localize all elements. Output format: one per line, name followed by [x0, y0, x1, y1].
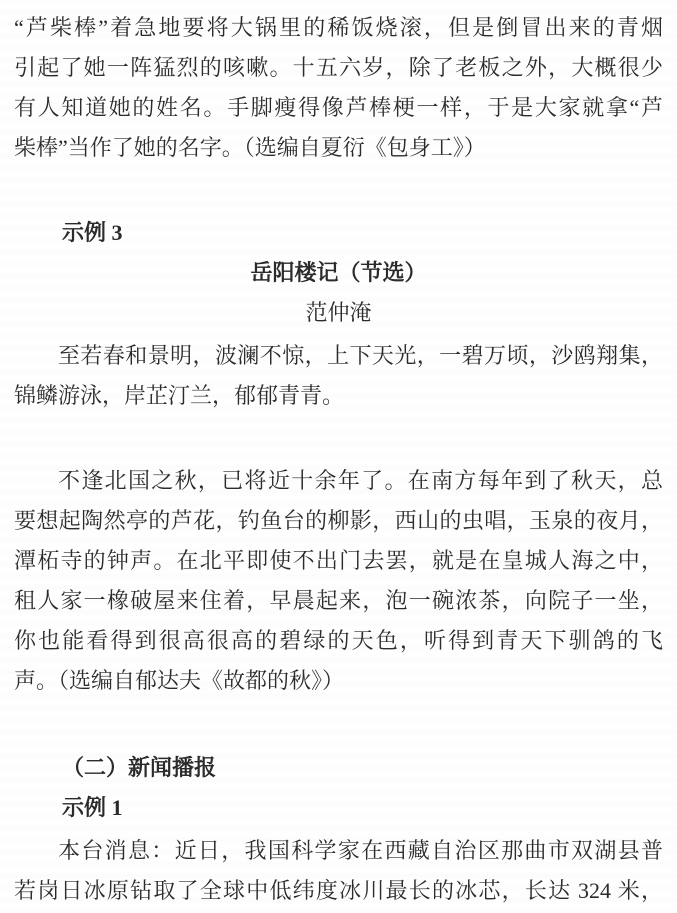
title-yueyanglouji: 岳阳楼记（节选） [14, 253, 663, 293]
text-line: 租人家一橡破屋来住着，早晨起来，泡一碗浓茶，向院子一坐， [14, 581, 663, 621]
text-line-source-note: 柴棒”当作了她的名字。（选编自夏衍《包身工》） [14, 128, 663, 168]
text-line: 引起了她一阵猛烈的咳嗽。十五六岁，除了老板之外，大概很少 [14, 48, 663, 88]
text-line: 至若春和景明，波澜不惊，上下天光，一碧万顷，沙鸥翔集， [14, 336, 663, 376]
author-fan-zhongyan: 范仲淹 [14, 293, 663, 333]
text-line-source-note: 声。（选编自郁达夫《故都的秋》） [14, 661, 663, 701]
text-line: 你也能看得到很高很高的碧绿的天色，听得到青天下驯鸽的飞 [14, 621, 663, 661]
text-line: 不逢北国之秋，已将近十余年了。在南方每年到了秋天，总 [14, 461, 663, 501]
text-line: 锦鳞游泳，岸芷汀兰，郁郁青青。 [14, 376, 663, 416]
text-line: 若岗日冰原钻取了全球中低纬度冰川最长的冰芯，长达 324 米， [14, 871, 663, 911]
text-line: 潭柘寺的钟声。在北平即使不出门去罢，就是在皇城人海之中， [14, 541, 663, 581]
text-line: 本台消息：近日，我国科学家在西藏自治区那曲市双湖县普 [14, 831, 663, 871]
text-line: 要想起陶然亭的芦花，钓鱼台的柳影，西山的虫唱，玉泉的夜月， [14, 501, 663, 541]
paragraph-yueyanglou-excerpt: 至若春和景明，波澜不惊，上下天光，一碧万顷，沙鸥翔集， 锦鳞游泳，岸芷汀兰，郁郁… [14, 336, 663, 416]
paragraph-gudu-qiu-excerpt: 不逢北国之秋，已将近十余年了。在南方每年到了秋天，总 要想起陶然亭的芦花，钓鱼台… [14, 461, 663, 701]
paragraph-baoshengong-excerpt: “芦柴棒”着急地要将大锅里的稀饭烧滚，但是倒冒出来的青烟 引起了她一阵猛烈的咳嗽… [14, 8, 663, 168]
heading-example-1: 示例 1 [14, 788, 663, 828]
text-line: “芦柴棒”着急地要将大锅里的稀饭烧滚，但是倒冒出来的青烟 [14, 8, 663, 48]
heading-example-3: 示例 3 [14, 213, 663, 253]
text-line: 有人知道她的姓名。手脚瘦得像芦棒梗一样，于是大家就拿“芦 [14, 88, 663, 128]
heading-section-2-news-broadcast: （二）新闻播报 [14, 748, 663, 788]
document-page: “芦柴棒”着急地要将大锅里的稀饭烧滚，但是倒冒出来的青烟 引起了她一阵猛烈的咳嗽… [0, 0, 677, 913]
paragraph-news-ice-core: 本台消息：近日，我国科学家在西藏自治区那曲市双湖县普 若岗日冰原钻取了全球中低纬… [14, 831, 663, 911]
